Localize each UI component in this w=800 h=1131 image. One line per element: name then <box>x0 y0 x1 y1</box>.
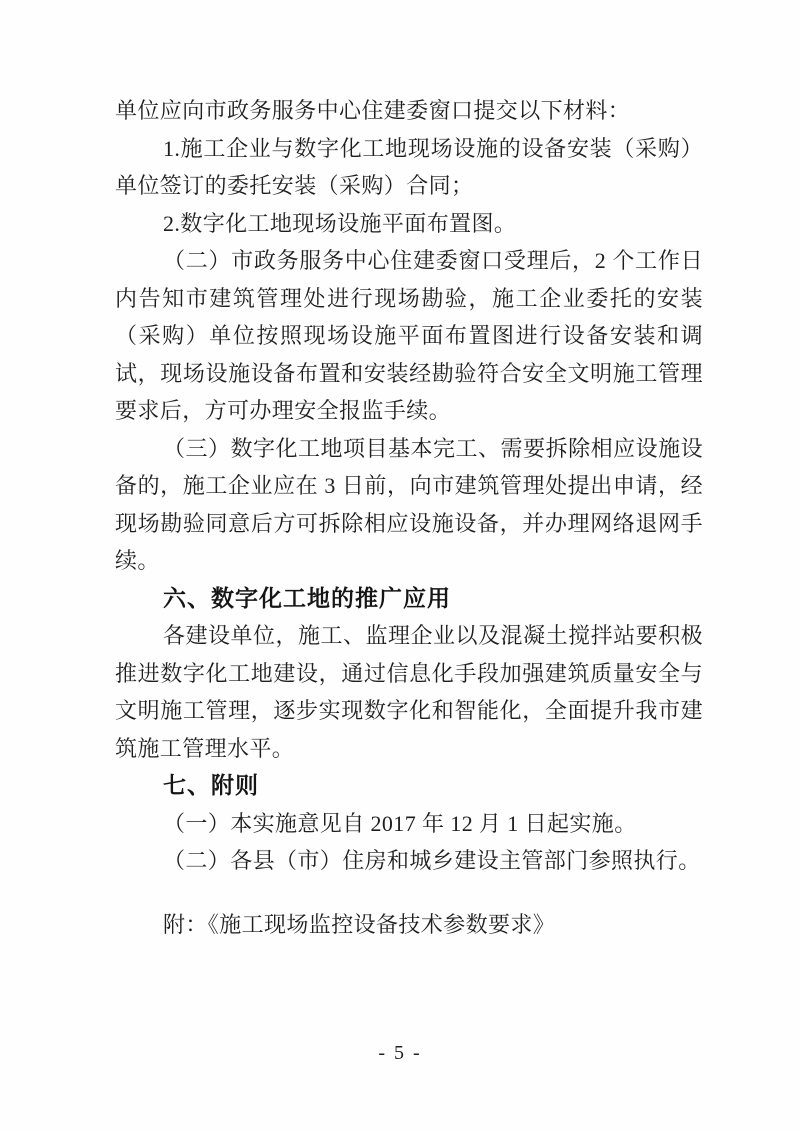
text-line: 续。 <box>115 542 703 580</box>
blank-line <box>115 880 703 906</box>
text-line: 内告知市建筑管理处进行现场勘验，施工企业委托的安装 <box>115 280 703 318</box>
text-line: 现场勘验同意后方可拆除相应设施设备，并办理网络退网手 <box>115 505 703 543</box>
text-line: 备的，施工企业应在 3 日前，向市建筑管理处提出申请，经 <box>115 467 703 505</box>
text-line: 筑施工管理水平。 <box>115 730 703 768</box>
text-line: 单位签订的委托安装（采购）合同； <box>115 167 703 205</box>
text-line: （采购）单位按照现场设施平面布置图进行设备安装和调 <box>115 317 703 355</box>
text-line: （二）各县（市）住房和城乡建设主管部门参照执行。 <box>115 842 703 880</box>
text-line: 试，现场设施设备布置和安装经勘验符合安全文明施工管理 <box>115 355 703 393</box>
section-heading: 七、附则 <box>115 767 703 805</box>
text-line: 2.数字化工地现场设施平面布置图。 <box>115 205 703 243</box>
text-line: 单位应向市政务服务中心住建委窗口提交以下材料： <box>115 92 703 130</box>
document-page: 单位应向市政务服务中心住建委窗口提交以下材料：1.施工企业与数字化工地现场设施的… <box>0 0 800 1131</box>
text-line: 推进数字化工地建设，通过信息化手段加强建筑质量安全与 <box>115 655 703 693</box>
page-number: - 5 - <box>0 1042 800 1065</box>
text-line: 各建设单位，施工、监理企业以及混凝土搅拌站要积极 <box>115 617 703 655</box>
text-line: （二）市政务服务中心住建委窗口受理后，2 个工作日 <box>115 242 703 280</box>
text-line: （三）数字化工地项目基本完工、需要拆除相应设施设 <box>115 430 703 468</box>
text-line: （一）本实施意见自 2017 年 12 月 1 日起实施。 <box>115 805 703 843</box>
text-line: 附：《施工现场监控设备技术参数要求》 <box>115 906 703 944</box>
section-heading: 六、数字化工地的推广应用 <box>115 580 703 618</box>
text-line: 要求后，方可办理安全报监手续。 <box>115 392 703 430</box>
document-body: 单位应向市政务服务中心住建委窗口提交以下材料：1.施工企业与数字化工地现场设施的… <box>115 92 703 943</box>
text-line: 1.施工企业与数字化工地现场设施的设备安装（采购） <box>115 130 703 168</box>
text-line: 文明施工管理，逐步实现数字化和智能化，全面提升我市建 <box>115 692 703 730</box>
